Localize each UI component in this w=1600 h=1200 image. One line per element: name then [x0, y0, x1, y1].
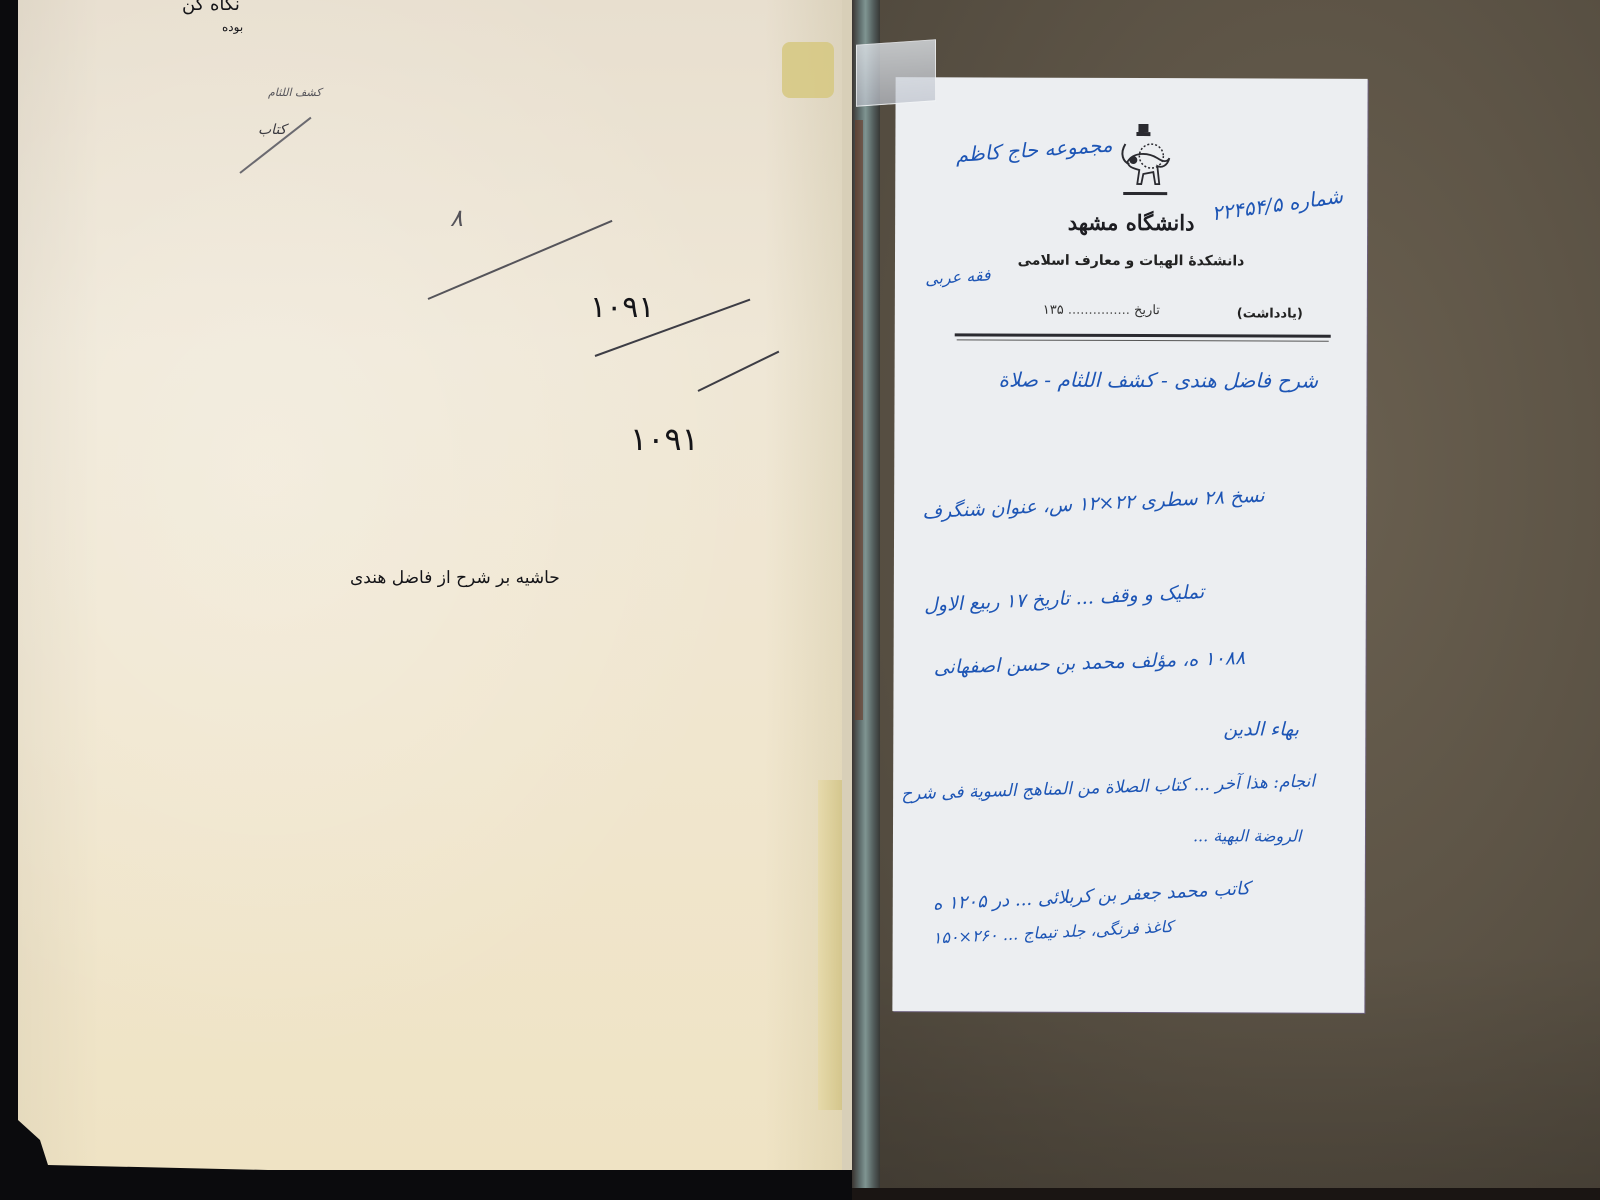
card-line: ۱۰۸۸ ه، مؤلف محمد بن حسن اصفهانی	[933, 647, 1245, 679]
spine-wear	[855, 120, 863, 720]
date-label: تاریخ	[1134, 303, 1160, 318]
card-line: تملیک و وقف ... تاریخ ۱۷ ربیع الاول	[923, 581, 1204, 617]
top-note: نگاه کن	[182, 0, 240, 15]
subject-note: فقه عربی	[924, 265, 991, 288]
adhesive-tape	[856, 39, 936, 107]
divider	[955, 333, 1331, 337]
lion-and-sun-emblem-icon	[1111, 122, 1175, 200]
page-edge	[842, 0, 852, 1170]
date-dots: ...............	[1068, 303, 1130, 318]
pencil-note: کتاب	[258, 122, 286, 138]
crossed-out-number: ۱۰۹۱	[590, 290, 654, 325]
pencil-note: کشف اللثام	[268, 86, 321, 99]
card-line: کاغذ فرنگی، جلد تیماج ... ۲۶۰×۱۵۰	[932, 917, 1173, 948]
divider	[957, 339, 1329, 341]
gloss-title: حاشیه بر شرح از فاضل هندی	[350, 568, 560, 588]
card-line-title: شرح فاضل هندی - کشف اللثام - صلاة	[999, 368, 1319, 393]
collection-note: مجموعه حاج کاظم	[955, 132, 1113, 166]
card-line: انجام: هذا آخر ... کتاب الصلاة من المناه…	[901, 771, 1315, 804]
card-line: نسخ ۲۸ سطری ۲۲×۱۲ س، عنوان شنگرف	[922, 485, 1265, 524]
memo-label: (یادداشت)	[1237, 306, 1303, 321]
board-edge	[852, 1188, 1600, 1200]
date-field: تاریخ ............... ۱۳۵	[1043, 303, 1160, 318]
pencil-number: ۸	[450, 204, 463, 232]
card-line: بهاء الدین	[1223, 718, 1299, 740]
card-line: کاتب محمد جعفر بن کربلائی ... در ۱۲۰۵ ه	[932, 878, 1250, 914]
date-value: ۱۳۵	[1043, 303, 1064, 318]
manuscript-photo: نگاه کن بوده کشف اللثام کتاب ۸ ۱۰۹۱ ۱۰۹۱…	[0, 0, 1600, 1200]
card-line: الروضة البهیة ...	[1193, 826, 1301, 845]
top-note: بوده	[222, 20, 243, 34]
glue-stain	[782, 42, 834, 98]
catalog-index-card: دانشگاه مشهد دانشکدهٔ الهیات و معارف اسل…	[892, 77, 1367, 1013]
shelf-number: ۱۰۹۱	[630, 420, 699, 458]
